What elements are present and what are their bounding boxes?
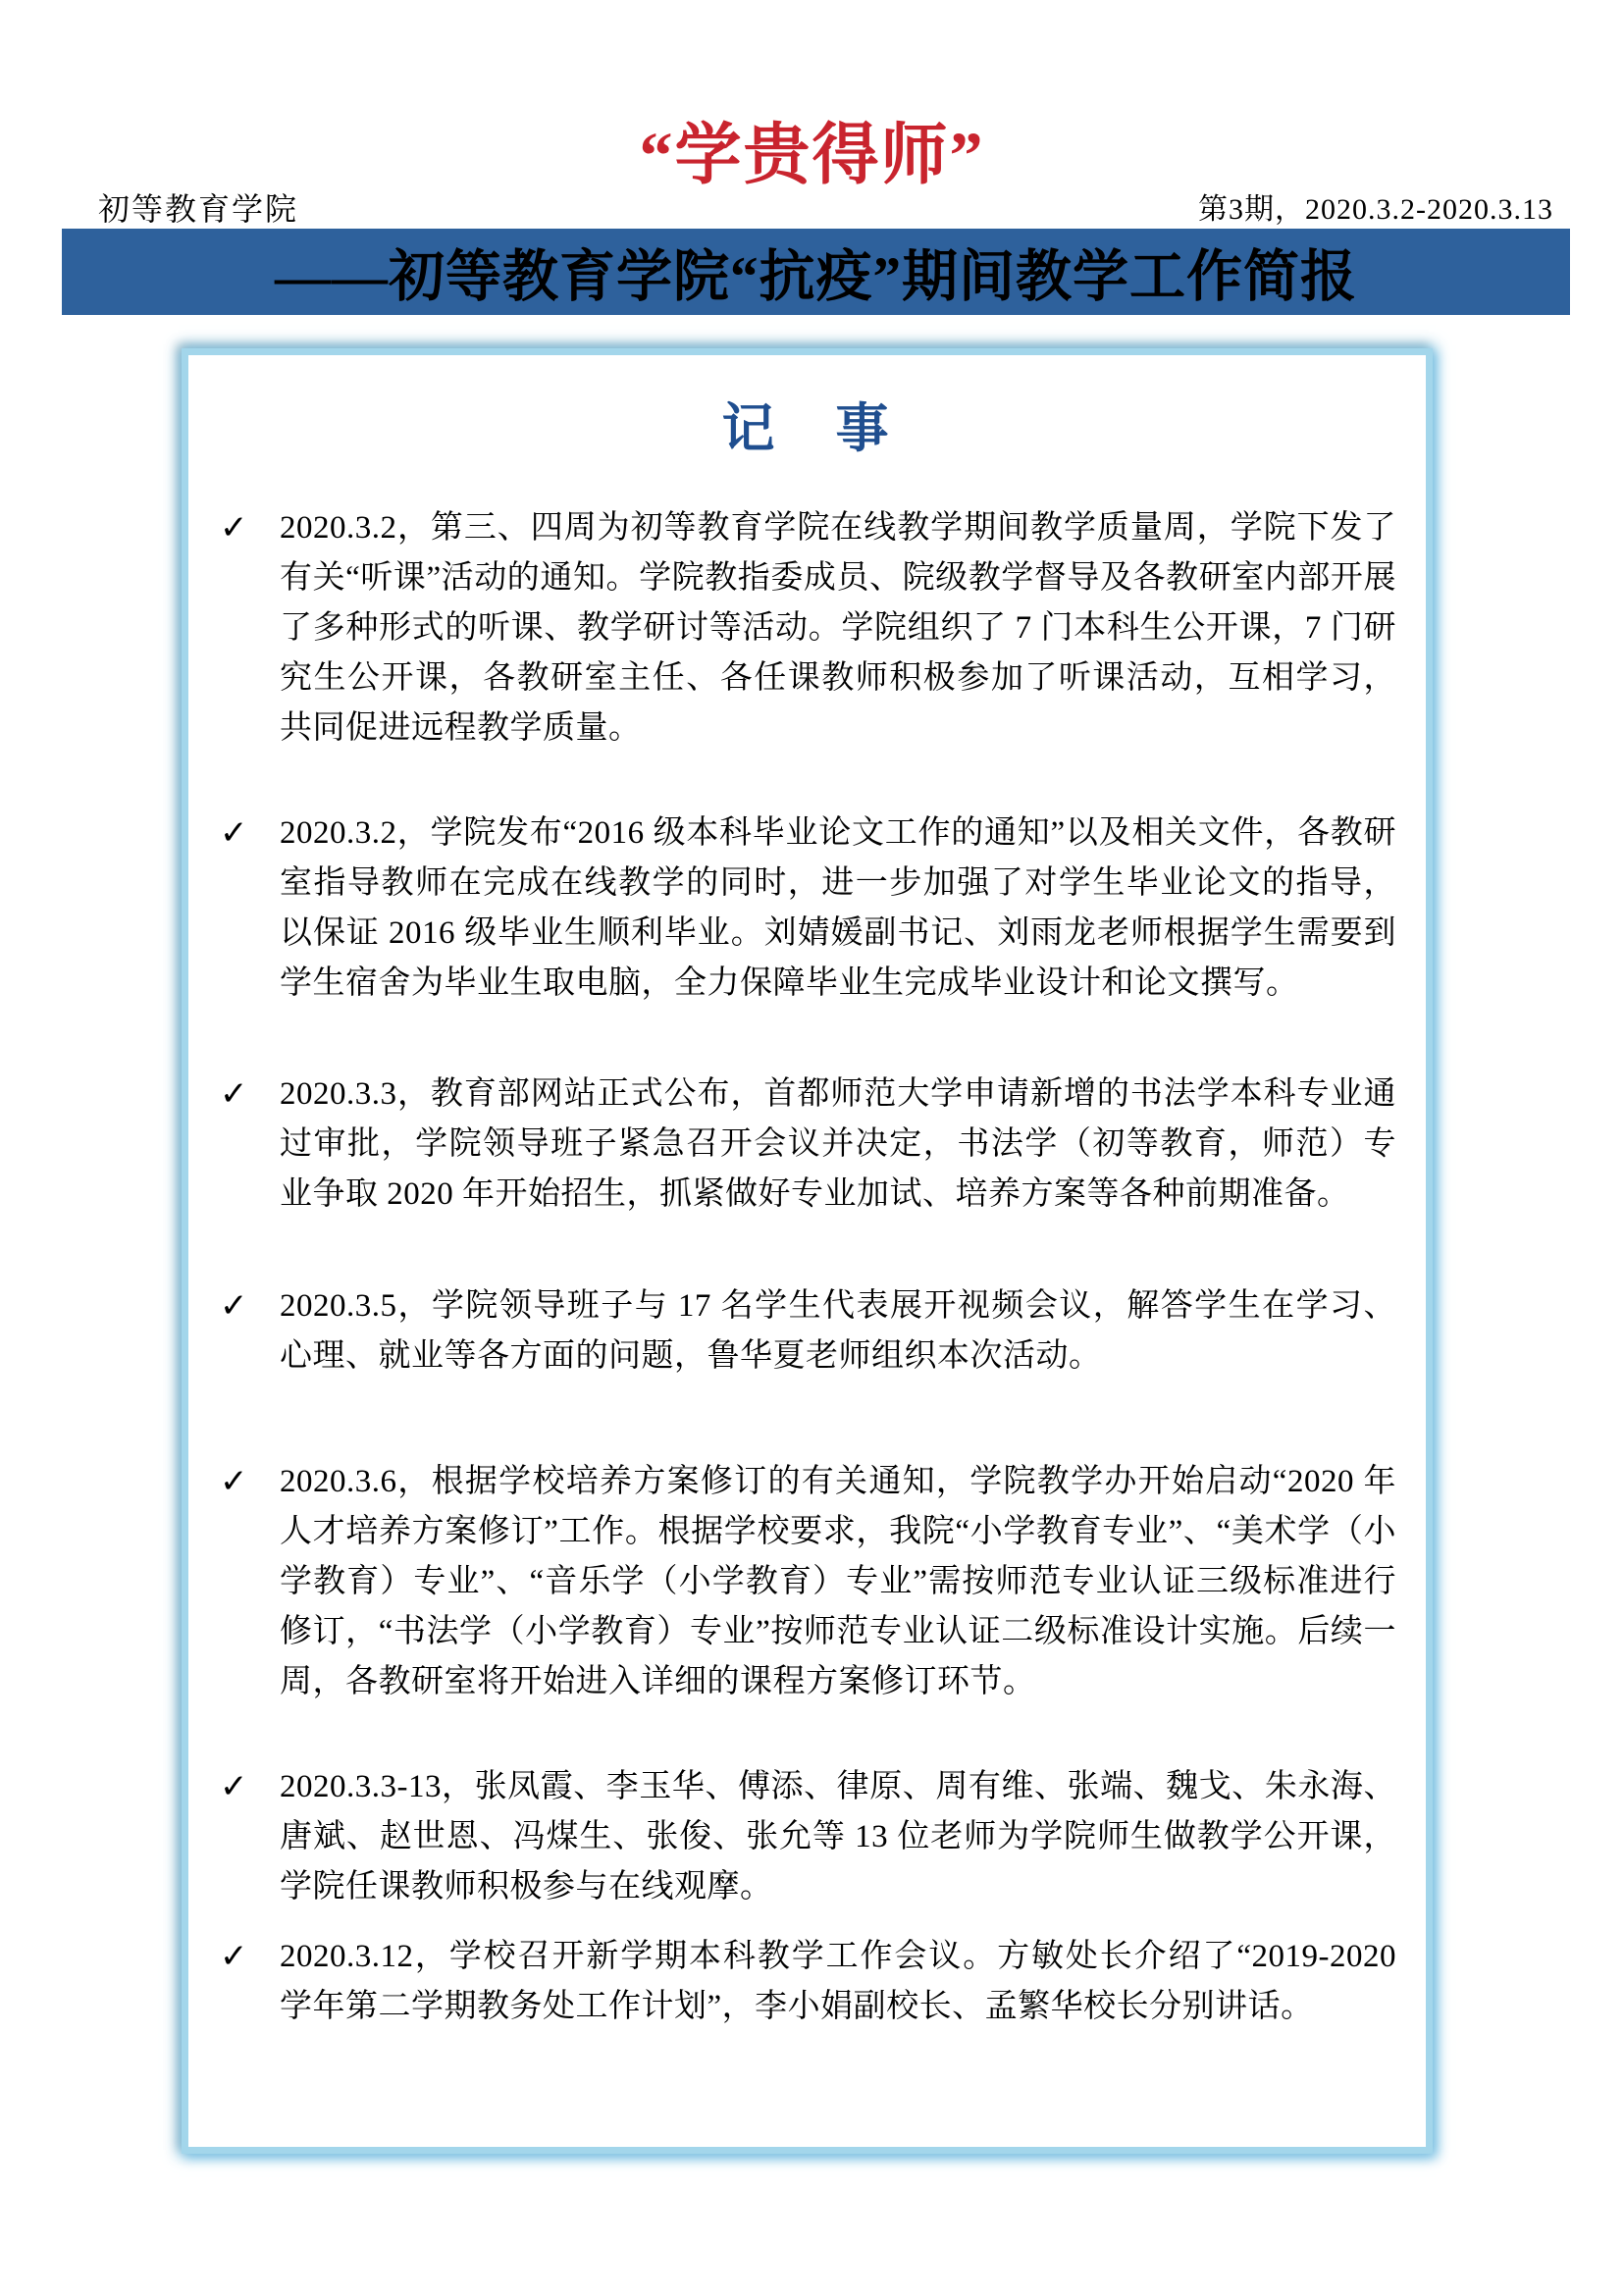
list-item-text: 2020.3.2，第三、四周为初等教育学院在线教学期间教学质量周，学院下发了有关… [280,510,1396,746]
section-title: 记 事 [218,387,1396,462]
checkmark-icon: ✓ [220,1281,248,1331]
event-list: ✓ 2020.3.2，第三、四周为初等教育学院在线教学期间教学质量周，学院下发了… [218,503,1396,2032]
list-item-text: 2020.3.5，学院领导班子与 17 名学生代表展开视频会议，解答学生在学习、… [280,1288,1396,1374]
content-box: 记 事 ✓ 2020.3.2，第三、四周为初等教育学院在线教学期间教学质量周，学… [182,348,1433,2154]
list-item-text: 2020.3.2，学院发布“2016 级本科毕业论文工作的通知”以及相关文件，各… [280,815,1396,1001]
list-item-text: 2020.3.12，学校召开新学期本科教学工作会议。方敏处长介绍了“2019-2… [280,1939,1396,2024]
newsletter-title: “学贵得师” [0,102,1624,197]
list-item: ✓ 2020.3.5，学院领导班子与 17 名学生代表展开视频会议，解答学生在学… [218,1281,1396,1382]
list-item-text: 2020.3.3，教育部网站正式公布，首都师范大学申请新增的书法学本科专业通过审… [280,1076,1396,1212]
checkmark-icon: ✓ [220,1457,248,1507]
checkmark-icon: ✓ [220,1069,248,1120]
checkmark-icon: ✓ [220,1932,248,1982]
list-item: ✓ 2020.3.3，教育部网站正式公布，首都师范大学申请新增的书法学本科专业通… [218,1069,1396,1220]
checkmark-icon: ✓ [220,808,248,859]
newsletter-page: 初等教育学院 “学贵得师” 第3期，2020.3.2-2020.3.13 ——初… [0,0,1624,2295]
list-item-text: 2020.3.6，根据学校培养方案修订的有关通知，学院教学办开始启动“2020 … [280,1464,1396,1699]
list-item: ✓ 2020.3.12，学校召开新学期本科教学工作会议。方敏处长介绍了“2019… [218,1932,1396,2032]
list-item-text: 2020.3.3-13，张凤霞、李玉华、傅添、律原、周有维、张端、魏戈、朱永海、… [280,1769,1396,1904]
list-item: ✓ 2020.3.6，根据学校培养方案修订的有关通知，学院教学办开始启动“202… [218,1457,1396,1707]
checkmark-icon: ✓ [220,503,248,553]
list-item: ✓ 2020.3.2，第三、四周为初等教育学院在线教学期间教学质量周，学院下发了… [218,503,1396,754]
issue-info: 第3期，2020.3.2-2020.3.13 [1198,184,1553,228]
checkmark-icon: ✓ [220,1762,248,1812]
list-item: ✓ 2020.3.2，学院发布“2016 级本科毕业论文工作的通知”以及相关文件… [218,808,1396,1009]
banner: ——初等教育学院“抗疫”期间教学工作简报 [62,229,1570,315]
banner-title: ——初等教育学院“抗疫”期间教学工作简报 [275,232,1357,312]
list-item: ✓ 2020.3.3-13，张凤霞、李玉华、傅添、律原、周有维、张端、魏戈、朱永… [218,1762,1396,1912]
